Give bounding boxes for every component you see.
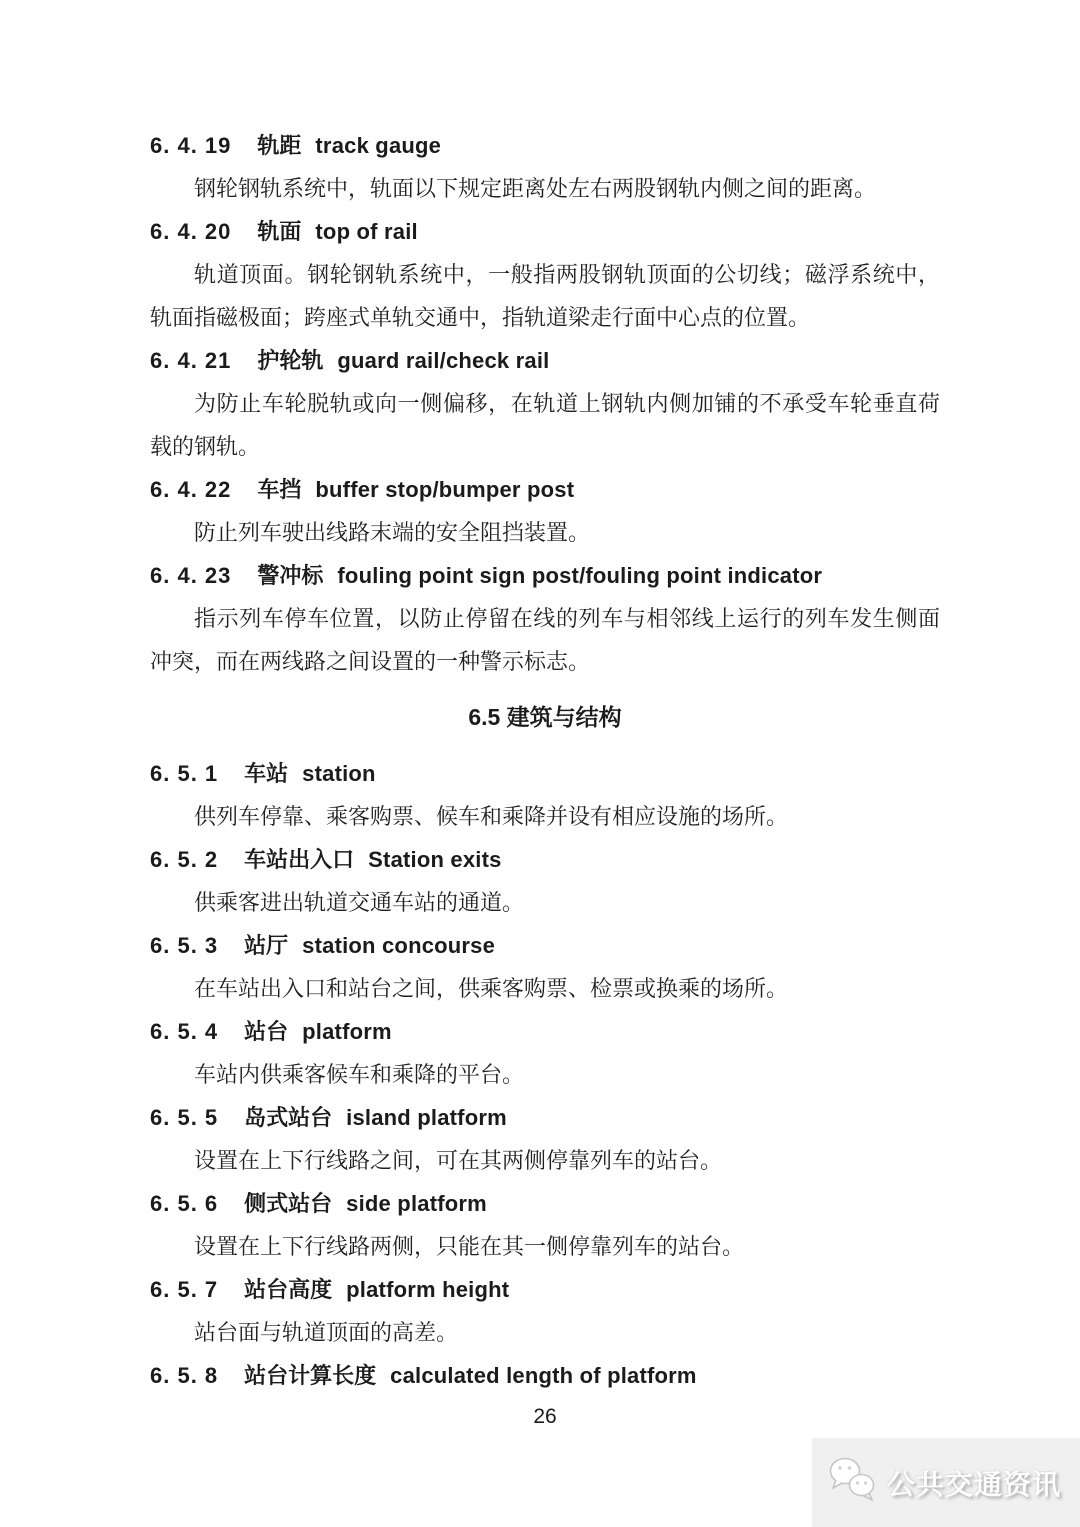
term-chinese: 站台 [244, 1019, 288, 1044]
term-definition: 车站内供乘客候车和乘降的平台。 [150, 1053, 940, 1096]
term-chinese: 站台高度 [244, 1277, 332, 1302]
term-chinese: 站厅 [244, 933, 288, 958]
term-english: platform height [346, 1277, 509, 1302]
term-chinese: 侧式站台 [244, 1191, 332, 1216]
term-heading: 6. 4. 22车挡buffer stop/bumper post [150, 468, 940, 511]
term-definition: 供列车停靠、乘客购票、候车和乘降并设有相应设施的场所。 [150, 795, 940, 838]
term-definition: 为防止车轮脱轨或向一侧偏移，在轨道上钢轨内侧加铺的不承受车轮垂直荷载的钢轨。 [150, 382, 940, 468]
term-definition: 防止列车驶出线路末端的安全阻挡装置。 [150, 511, 940, 554]
term-definition: 轨道顶面。钢轮钢轨系统中，一般指两股钢轨顶面的公切线；磁浮系统中，轨面指磁极面；… [150, 253, 940, 339]
watermark: 公共交通资讯 [812, 1438, 1080, 1527]
term-chinese: 站台计算长度 [244, 1363, 376, 1388]
term-english: island platform [346, 1105, 507, 1130]
term-english: guard rail/check rail [337, 348, 549, 373]
term-number: 6. 5. 7 [150, 1277, 218, 1302]
term-english: station concourse [302, 933, 495, 958]
term-heading: 6. 4. 21护轮轨guard rail/check rail [150, 339, 940, 382]
section-heading: 6.5 建筑与结构 [150, 696, 940, 739]
term-chinese: 车站出入口 [244, 847, 354, 872]
wechat-icon [828, 1456, 878, 1509]
watermark-label: 公共交通资讯 [887, 1463, 1061, 1503]
term-english: buffer stop/bumper post [315, 477, 574, 502]
term-heading: 6. 5. 4站台platform [150, 1010, 940, 1053]
term-heading: 6. 4. 19轨距track gauge [150, 124, 940, 167]
term-number: 6. 4. 20 [150, 219, 231, 244]
term-number: 6. 5. 4 [150, 1019, 218, 1044]
term-chinese: 轨距 [257, 133, 301, 158]
term-english: Station exits [368, 847, 501, 872]
term-chinese: 车挡 [257, 477, 301, 502]
term-heading: 6. 5. 5岛式站台island platform [150, 1096, 940, 1139]
term-number: 6. 4. 19 [150, 133, 231, 158]
term-number: 6. 4. 23 [150, 563, 231, 588]
document-page: 6. 4. 19轨距track gauge 钢轮钢轨系统中，轨面以下规定距离处左… [0, 0, 1080, 1437]
term-english: track gauge [315, 133, 441, 158]
term-heading: 6. 5. 6侧式站台side platform [150, 1182, 940, 1225]
term-definition: 指示列车停车位置，以防止停留在线的列车与相邻线上运行的列车发生侧面冲突，而在两线… [150, 597, 940, 683]
term-definition: 设置在上下行线路之间，可在其两侧停靠列车的站台。 [150, 1139, 940, 1182]
term-heading: 6. 5. 2车站出入口Station exits [150, 838, 940, 881]
term-english: calculated length of platform [390, 1363, 697, 1388]
term-definition: 站台面与轨道顶面的高差。 [150, 1311, 940, 1354]
term-chinese: 岛式站台 [244, 1105, 332, 1130]
term-definition: 钢轮钢轨系统中，轨面以下规定距离处左右两股钢轨内侧之间的距离。 [150, 167, 940, 210]
term-number: 6. 5. 6 [150, 1191, 218, 1216]
term-number: 6. 5. 1 [150, 761, 218, 786]
term-number: 6. 5. 3 [150, 933, 218, 958]
term-chinese: 车站 [244, 761, 288, 786]
term-definition: 设置在上下行线路两侧，只能在其一侧停靠列车的站台。 [150, 1225, 940, 1268]
term-english: station [302, 761, 376, 786]
term-number: 6. 4. 21 [150, 348, 231, 373]
term-number: 6. 5. 2 [150, 847, 218, 872]
term-chinese: 护轮轨 [257, 348, 323, 373]
term-number: 6. 4. 22 [150, 477, 231, 502]
term-chinese: 警冲标 [257, 563, 323, 588]
page-number: 26 [150, 1397, 940, 1437]
term-heading: 6. 4. 23警冲标fouling point sign post/fouli… [150, 554, 940, 597]
term-definition: 供乘客进出轨道交通车站的通道。 [150, 881, 940, 924]
term-chinese: 轨面 [257, 219, 301, 244]
term-english: top of rail [315, 219, 417, 244]
term-english: fouling point sign post/fouling point in… [337, 563, 822, 588]
term-heading: 6. 4. 20轨面top of rail [150, 210, 940, 253]
term-definition: 在车站出入口和站台之间，供乘客购票、检票或换乘的场所。 [150, 967, 940, 1010]
term-number: 6. 5. 5 [150, 1105, 218, 1130]
term-heading: 6. 5. 3站厅station concourse [150, 924, 940, 967]
term-heading: 6. 5. 1车站station [150, 752, 940, 795]
term-heading: 6. 5. 8站台计算长度calculated length of platfo… [150, 1354, 940, 1397]
term-english: platform [302, 1019, 392, 1044]
term-english: side platform [346, 1191, 487, 1216]
term-heading: 6. 5. 7站台高度platform height [150, 1268, 940, 1311]
terminology-list: 6. 4. 19轨距track gauge 钢轮钢轨系统中，轨面以下规定距离处左… [150, 124, 940, 1397]
term-number: 6. 5. 8 [150, 1363, 218, 1388]
